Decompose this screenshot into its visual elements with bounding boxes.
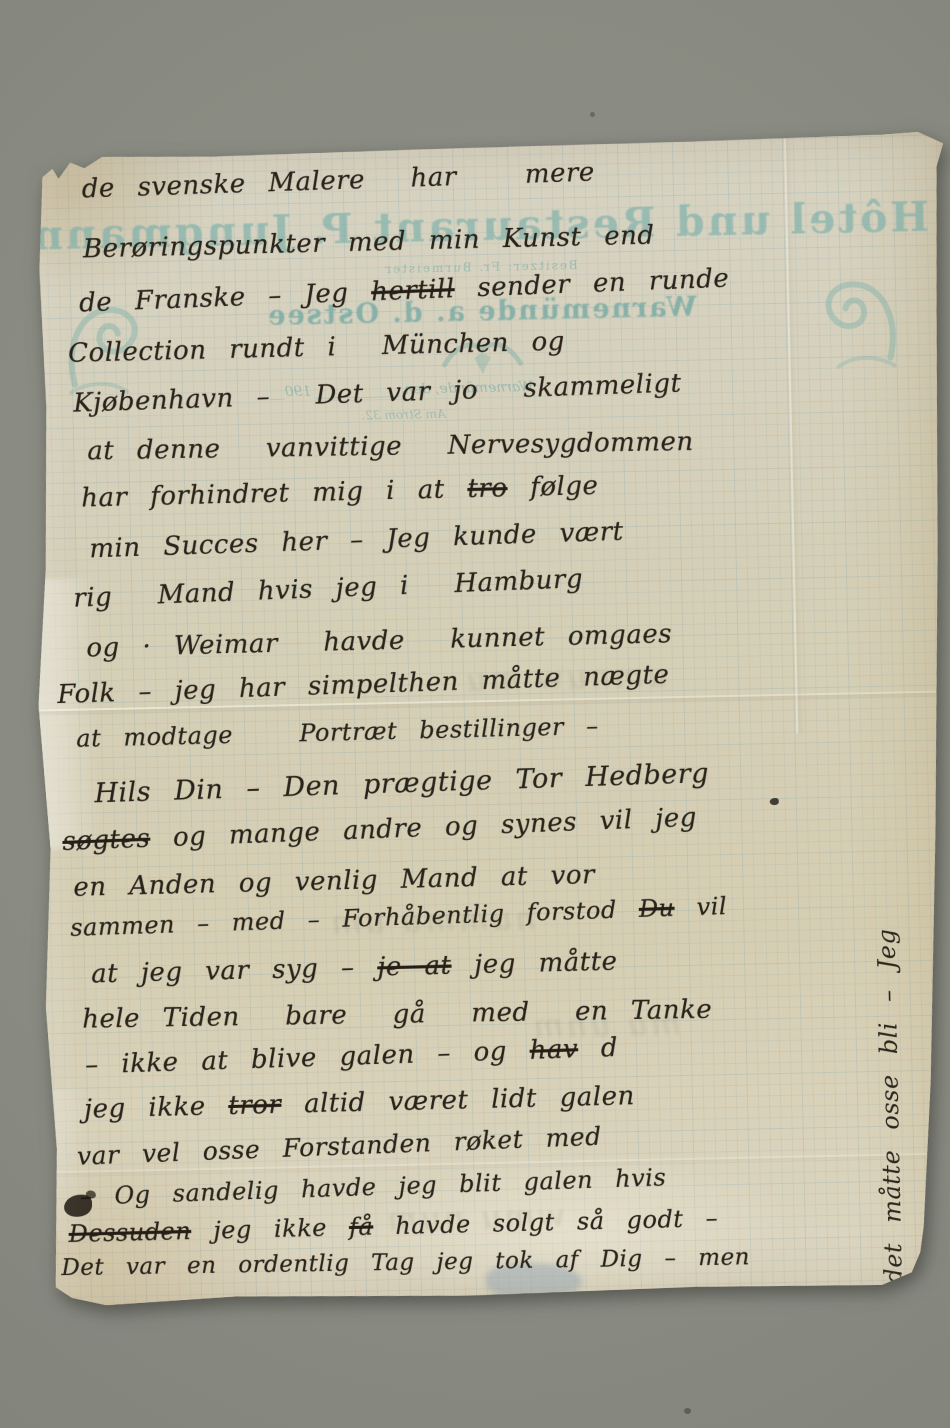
ink-blot bbox=[86, 1190, 96, 1198]
margin-note-vertical: det måtte osse bli – Jeg bbox=[871, 843, 908, 1283]
handwriting-line: var vel osse Forstanden røket med bbox=[76, 1122, 602, 1171]
handwriting-line: og · Weimar havde kunnet omgaes bbox=[86, 619, 672, 663]
handwriting-line: – Og sandelig havde jeg blit galen hvis bbox=[79, 1163, 666, 1210]
handwriting-line: at modtage Portræt bestillinger – bbox=[76, 712, 599, 753]
handwriting-line: de svenske Malere har mere bbox=[81, 157, 595, 204]
handwriting-line: at jeg var syg – je at jeg måtte bbox=[91, 947, 618, 990]
handwriting-line: har forhindret mig i at tro følge bbox=[81, 471, 599, 514]
dust-speck bbox=[684, 1408, 691, 1414]
handwriting-line: – ikke at blive galen – og hav d bbox=[85, 1033, 619, 1081]
handwriting-line: min Succes her – Jeg kunde vært bbox=[89, 517, 624, 565]
tape-mark-left bbox=[21, 578, 101, 849]
stain-top-left bbox=[0, 136, 223, 301]
letter-page-wrap: Hôtel und Restaurant P. Jungmann Besitze… bbox=[12, 130, 950, 1309]
handwriting-line: de Franske – Jeg hertill sender en runde bbox=[79, 264, 730, 319]
handwriting-line: Folk – jeg har simpelthen måtte nægte bbox=[57, 660, 670, 710]
dust-speck bbox=[590, 112, 595, 117]
handwriting-line: jeg ikke tror altid været lidt galen bbox=[84, 1081, 635, 1124]
letter-page: Hôtel und Restaurant P. Jungmann Besitze… bbox=[12, 130, 950, 1309]
handwriting-line: en Anden og venlig Mand at vor bbox=[73, 860, 595, 903]
photo-backdrop: Hôtel und Restaurant P. Jungmann Besitze… bbox=[0, 0, 950, 1428]
handwriting-line: Hils Din – Den prægtige Tor Hedberg bbox=[94, 758, 709, 809]
handwriting-line: Kjøbenhavn – Det var jo skammeligt bbox=[73, 368, 682, 418]
handwriting-line: Det var en ordentlig Tag jeg tok af Dig … bbox=[61, 1244, 750, 1281]
ink-speck bbox=[770, 798, 779, 805]
handwriting-line: hele Tiden bare gå med en Tanke bbox=[82, 995, 712, 1035]
handwriting-line: søgtes og mange andre og synes vil jeg bbox=[62, 803, 698, 857]
handwriting-line: rig Mand hvis jeg i Hamburg bbox=[73, 564, 584, 614]
handwriting-line: Dessuden jeg ikke få havde solgt så godt… bbox=[68, 1204, 718, 1248]
handwriting-line: at denne vanvittige Nervesygdommen bbox=[87, 427, 694, 467]
handwriting-line: Berøringspunkter med min Kunst end bbox=[83, 220, 655, 264]
vertical-fold-crease bbox=[784, 134, 799, 734]
letterhead-flourish-right bbox=[811, 261, 905, 373]
handwriting-line: Collection rundt i München og bbox=[68, 327, 565, 369]
